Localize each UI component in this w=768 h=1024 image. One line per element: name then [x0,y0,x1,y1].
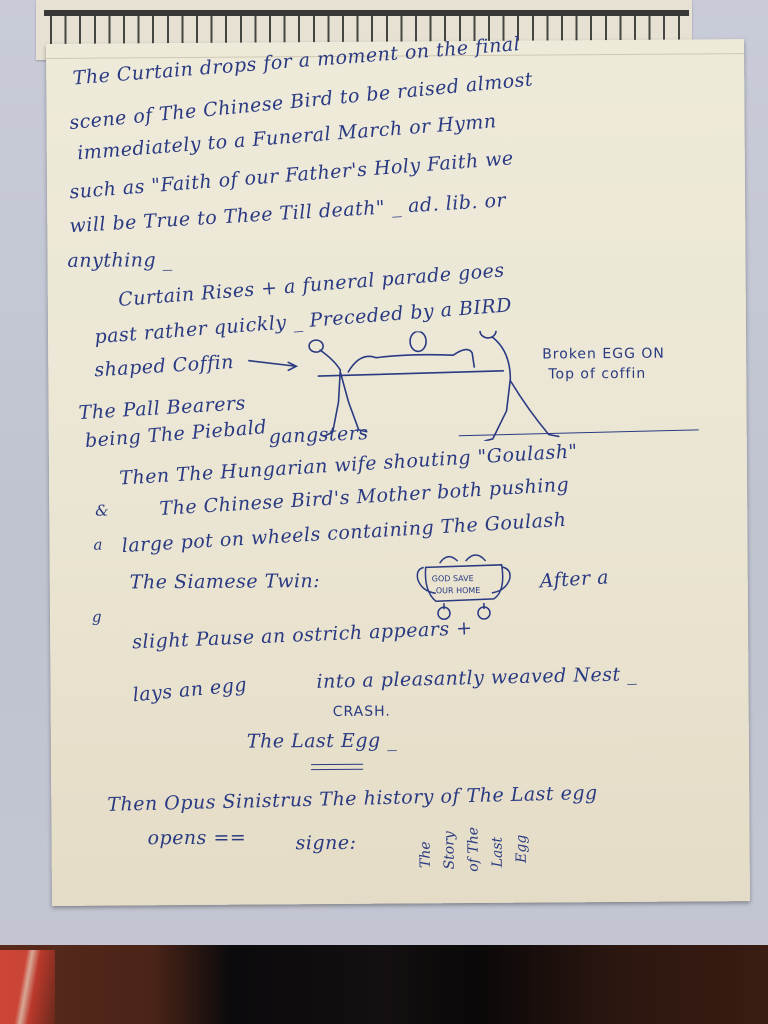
floor-background [0,945,768,1024]
line-12: gangsters [268,422,369,448]
line-18: slight Pause an ostrich appears + [132,617,473,653]
margin-note-ampersand: & [95,502,109,520]
coffin-annotation-1: Broken EGG ON [542,346,665,363]
signature-last: Last [490,837,506,868]
line-crash: CRASH. [333,704,391,720]
signature-story: Story [442,831,458,869]
line-signe: signe: [296,832,357,854]
coffin-annotation-2: Top of coffin [548,366,646,383]
goulash-pot-sketch: GOD SAVE OUR HOME [410,551,520,622]
double-underline-1 [311,764,363,765]
red-fabric [0,950,55,1024]
margin-note-a: a [93,536,103,554]
line-19: lays an egg [132,674,248,707]
line-17: After a [539,566,609,592]
line-9: shaped Coffin [94,351,235,381]
line-16: The Siamese Twin: [130,570,321,593]
signature-the: The [418,841,434,868]
line-6: anything _ [67,249,172,272]
margin-note-g: g [92,608,102,626]
line-20: into a pleasantly weaved Nest _ [316,663,637,693]
line-22: Then Opus Sinistrus The history of The L… [107,782,598,816]
line-last-egg: The Last Egg _ [247,730,397,753]
double-underline-2 [311,769,363,770]
pot-label-2: OUR HOME [436,586,481,595]
line-23: opens == [147,827,246,850]
notebook-page: The Curtain drops for a moment on the fi… [46,39,750,906]
signature-of-the: of The [465,827,481,872]
pot-label-1: GOD SAVE [432,574,474,583]
signature-egg: Egg [514,835,530,863]
